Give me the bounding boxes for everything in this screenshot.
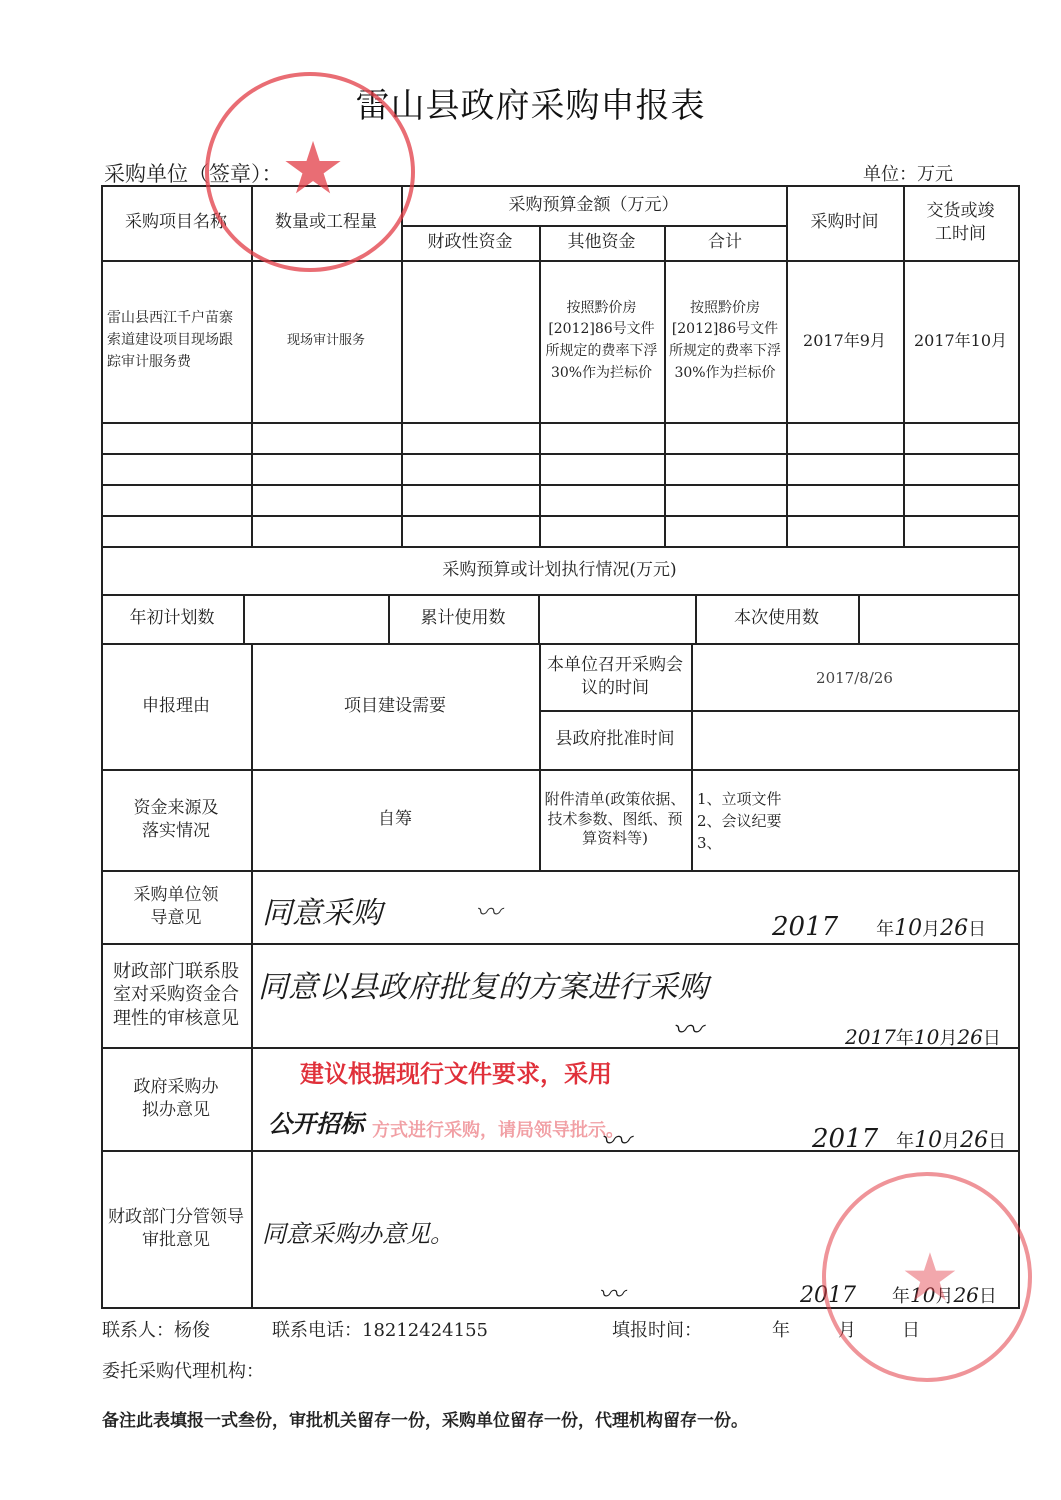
attachment-item: 1、立项文件 — [697, 788, 782, 810]
star-icon: ★ — [268, 128, 358, 208]
funding-label: 资金来源及落实情况 — [101, 769, 251, 870]
cell-quantity: 现场审计服务 — [251, 260, 401, 422]
reason-label: 申报理由 — [101, 643, 251, 769]
star-icon: ★ — [885, 1240, 975, 1316]
header-fiscal-funds: 财政性资金 — [401, 225, 539, 260]
agency-label: 委托采购代理机构： — [102, 1357, 264, 1383]
opinion-label-finance-leader: 财政部门分管领导审批意见 — [101, 1150, 251, 1307]
header-delivery-time: 交货或竣工时间 — [903, 185, 1018, 260]
form-title: 雷山县政府采购申报表 — [0, 78, 1061, 127]
contact-person: 联系人：杨俊 — [102, 1316, 210, 1342]
cell-item-name: 雷山县西江千户苗寨索道建设项目现场跟踪审计服务费 — [101, 260, 251, 422]
attachments-label: 附件清单(政策依据、技术参数、图纸、预算资料等) — [539, 769, 691, 870]
fill-year: 年 — [772, 1316, 790, 1342]
footnote: 备注此表填报一式叁份，审批机关留存一份，采购单位留存一份，代理机构留存一份。 — [102, 1406, 748, 1431]
meeting-time-label: 本单位召开采购会议的时间 — [539, 643, 691, 710]
header-budget-group: 采购预算金额（万元） — [401, 185, 786, 225]
cumulative-value[interactable] — [538, 594, 695, 643]
cell-purchase-time: 2017年9月 — [786, 260, 903, 422]
attachment-item: 2、会议纪要 — [697, 810, 782, 832]
signature-purchasing-leader: 〰 — [475, 892, 501, 929]
current-value[interactable] — [858, 594, 1018, 643]
date-finance-review: 2017年10月26日 — [845, 1024, 1001, 1050]
header-other-funds: 其他资金 — [539, 225, 664, 260]
execution-section-title: 采购预算或计划执行情况(万元) — [101, 546, 1018, 594]
county-approval-label: 县政府批准时间 — [539, 710, 691, 769]
current-label: 本次使用数 — [695, 594, 858, 643]
county-approval-value[interactable] — [691, 710, 1018, 769]
meeting-time-value: 2017/8/26 — [691, 643, 1018, 710]
stamped-recommendation: 建议根据现行文件要求，采用 — [300, 1054, 612, 1089]
handwritten-method: 公开招标 — [268, 1104, 364, 1139]
annual-plan-label: 年初计划数 — [101, 594, 243, 643]
fill-time-label: 填报时间： — [612, 1316, 702, 1342]
opinion-text-purchasing-leader: 同意采购 — [262, 888, 382, 932]
opinion-label-procurement-office: 政府采购办拟办意见 — [101, 1047, 251, 1150]
opinion-label-finance-review: 财政部门联系股室对采购资金合理性的审核意见 — [101, 943, 251, 1047]
cell-total: 按照黔价房[2012]86号文件所规定的费率下浮30%作为拦标价 — [664, 260, 786, 422]
opinion-text-finance-leader: 同意采购办意见。 — [262, 1214, 454, 1249]
cell-delivery-time: 2017年10月 — [903, 260, 1018, 422]
cell-fiscal-funds — [401, 260, 539, 422]
header-total: 合计 — [664, 225, 786, 260]
funding-value: 自筹 — [251, 769, 539, 870]
attachment-item: 3、 — [697, 832, 782, 854]
annual-plan-value[interactable] — [243, 594, 388, 643]
signature-procurement-office: 〰 — [600, 1116, 630, 1160]
cumulative-label: 累计使用数 — [388, 594, 538, 643]
stamped-recommendation-faded: 方式进行采购，请局领导批示。 — [372, 1116, 624, 1142]
date-purchasing-leader: 2017年10月26日 — [772, 912, 986, 942]
opinion-label-purchasing-leader: 采购单位领导意见 — [101, 870, 251, 943]
header-purchase-time: 采购时间 — [786, 185, 903, 260]
opinion-text-finance-review: 同意以县政府批复的方案进行采购 — [258, 962, 708, 1006]
cell-other-funds: 按照黔价房[2012]86号文件所规定的费率下浮30%作为拦标价 — [539, 260, 664, 422]
signature-finance-leader: 〰 — [598, 1274, 624, 1311]
unit-label: 单位：万元 — [863, 160, 953, 186]
attachments-list: 1、立项文件 2、会议纪要 3、 — [697, 788, 782, 854]
signature-finance-review: 〰 — [672, 1005, 702, 1049]
contact-phone: 联系电话：18212424155 — [272, 1316, 488, 1342]
reason-value: 项目建设需要 — [251, 643, 539, 769]
date-procurement-office: 2017年10月26日 — [812, 1124, 1006, 1154]
